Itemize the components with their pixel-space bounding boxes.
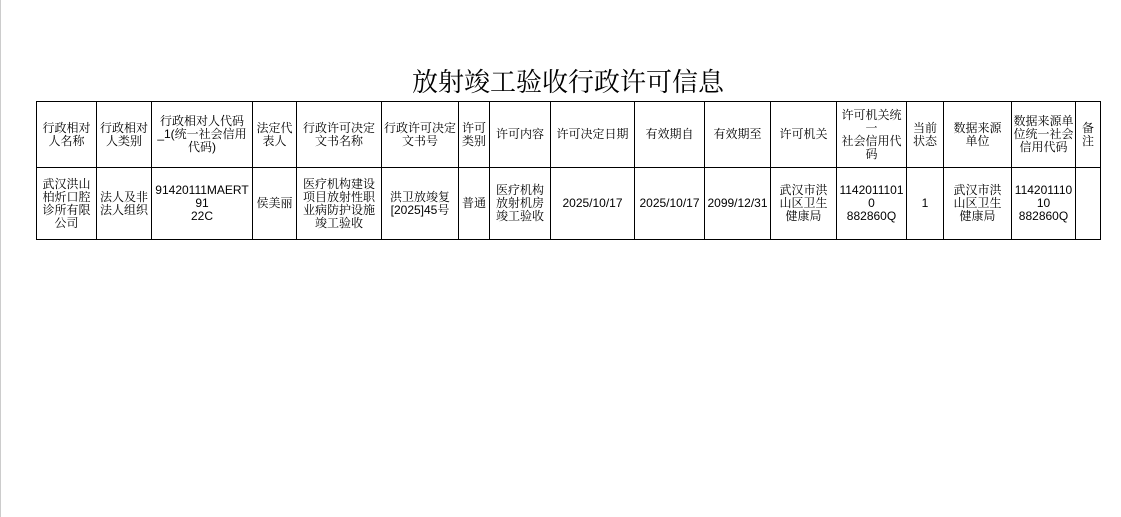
cell-valid-to: 2099/12/31 (705, 168, 771, 240)
col-header-party-code: 行政相对人代码 _1(统一社会信用 代码) (152, 102, 253, 168)
col-header-valid-to: 有效期至 (705, 102, 771, 168)
cell-decision-date: 2025/10/17 (551, 168, 635, 240)
cell-party-type: 法人及非 法人组织 (97, 168, 152, 240)
col-header-license-content: 许可内容 (490, 102, 551, 168)
cell-remarks (1076, 168, 1101, 240)
cell-party-name: 武汉洪山 柏炘口腔 诊所有限 公司 (37, 168, 97, 240)
col-header-party-type: 行政相对 人类别 (97, 102, 152, 168)
col-header-decision-doc-number: 行政许可决定 文书号 (382, 102, 459, 168)
window-left-edge (0, 0, 1, 517)
col-header-decision-doc-name: 行政许可决定 文书名称 (297, 102, 382, 168)
cell-decision-doc-number: 洪卫放竣复 [2025]45号 (382, 168, 459, 240)
col-header-legal-representative: 法定代 表人 (253, 102, 297, 168)
data-row: 武汉洪山 柏炘口腔 诊所有限 公司 法人及非 法人组织 91420111MAER… (37, 168, 1101, 240)
col-header-authority-credit-code: 许可机关统一 社会信用代码 (837, 102, 907, 168)
cell-party-code: 91420111MAERT91 22C (152, 168, 253, 240)
header-row: 行政相对 人名称 行政相对 人类别 行政相对人代码 _1(统一社会信用 代码) … (37, 102, 1101, 168)
cell-valid-from: 2025/10/17 (635, 168, 705, 240)
col-header-data-source-unit: 数据来源 单位 (944, 102, 1012, 168)
col-header-license-type: 许可 类别 (459, 102, 490, 168)
col-header-data-source-credit-code: 数据来源单 位统一社会 信用代码 (1012, 102, 1076, 168)
cell-license-content: 医疗机构 放射机房 竣工验收 (490, 168, 551, 240)
page-title: 放射竣工验收行政许可信息 (36, 68, 1100, 98)
cell-data-source-credit-code: 11420111010 882860Q (1012, 168, 1076, 240)
license-info-table: 行政相对 人名称 行政相对 人类别 行政相对人代码 _1(统一社会信用 代码) … (36, 101, 1101, 240)
page: 放射竣工验收行政许可信息 行政相对 人名称 行政相对 人类别 行政相对人代码 _… (0, 0, 1121, 517)
cell-licensing-authority: 武汉市洪 山区卫生 健康局 (771, 168, 837, 240)
col-header-decision-date: 许可决定日期 (551, 102, 635, 168)
cell-license-type: 普通 (459, 168, 490, 240)
cell-legal-representative: 侯美丽 (253, 168, 297, 240)
col-header-valid-from: 有效期自 (635, 102, 705, 168)
cell-authority-credit-code: 11420111010 882860Q (837, 168, 907, 240)
col-header-remarks: 备注 (1076, 102, 1101, 168)
cell-decision-doc-name: 医疗机构建设 项目放射性职 业病防护设施 竣工验收 (297, 168, 382, 240)
cell-current-status: 1 (907, 168, 944, 240)
cell-data-source-unit: 武汉市洪 山区卫生 健康局 (944, 168, 1012, 240)
col-header-party-name: 行政相对 人名称 (37, 102, 97, 168)
col-header-licensing-authority: 许可机关 (771, 102, 837, 168)
col-header-current-status: 当前 状态 (907, 102, 944, 168)
